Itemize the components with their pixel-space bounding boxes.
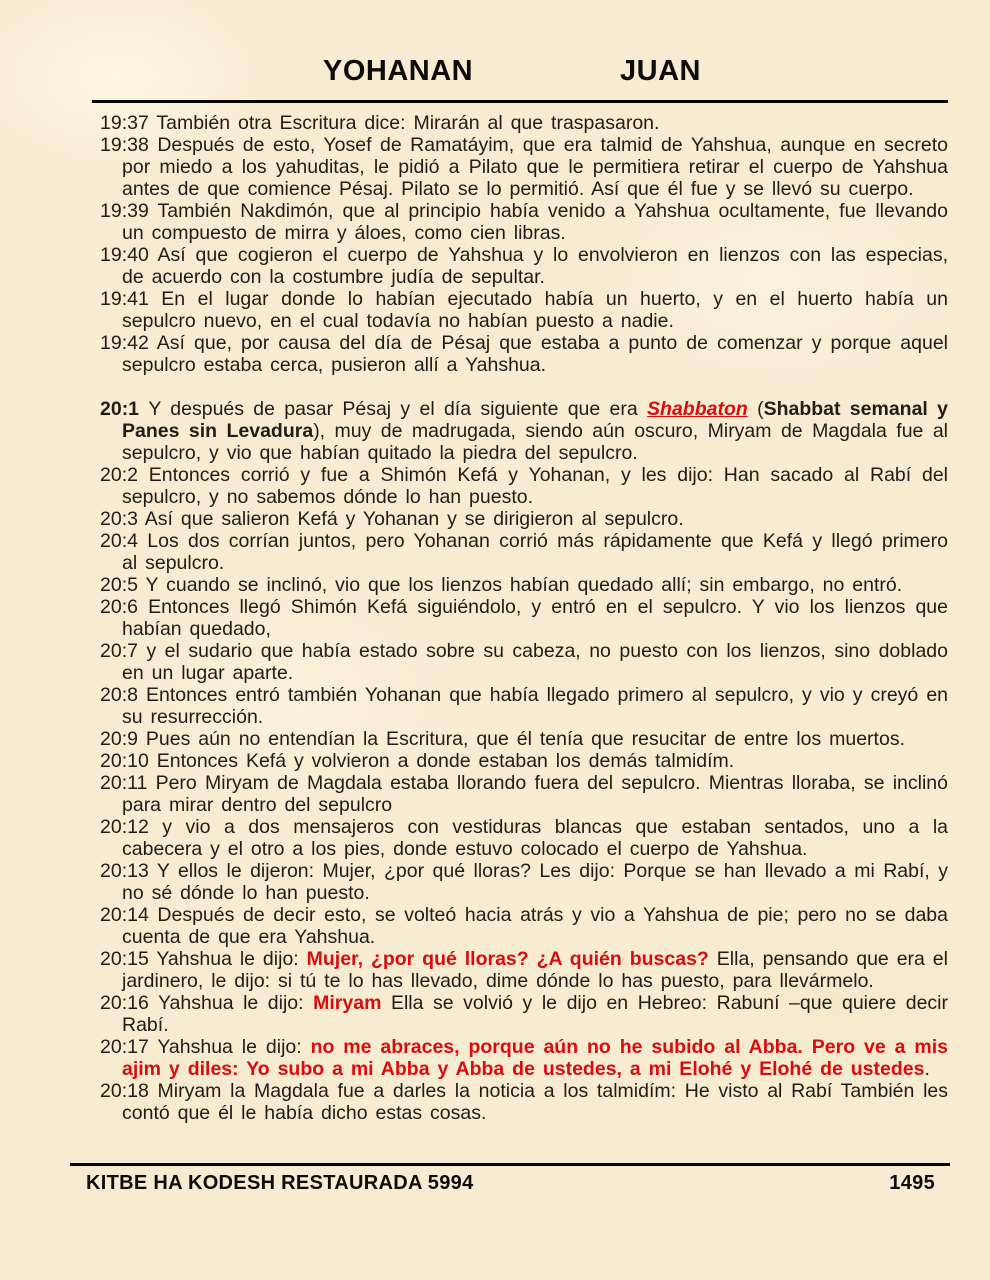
verse-19-37: 19:37 También otra Escritura dice: Mirar… <box>100 112 948 134</box>
verse-number: 20:6 <box>100 596 148 618</box>
verse-20-6: 20:6 Entonces llegó Shimón Kefá siguiénd… <box>100 596 948 640</box>
verse-20-17: 20:17 Yahshua le dijo: no me abraces, po… <box>100 1036 948 1080</box>
verse-19-38: 19:38 Después de esto, Yosef de Ramatáyi… <box>100 134 948 200</box>
verse-text: Pero Miryam de Magdala estaba llorando f… <box>122 772 948 816</box>
verse-text: Después de esto, Yosef de Ramatáyim, que… <box>122 134 948 200</box>
header-title-spanish: JUAN <box>620 55 701 88</box>
verse-text: Y cuando se inclinó, vio que los lienzos… <box>146 574 903 596</box>
verse-20-9: 20:9 Pues aún no entendían la Escritura,… <box>100 728 948 750</box>
verse-number: 19:41 <box>100 288 161 310</box>
verse-text: Miryam la Magdala fue a darles la notici… <box>122 1080 948 1124</box>
verse-20-11: 20:11 Pero Miryam de Magdala estaba llor… <box>100 772 948 816</box>
verse-text: Así que, por causa del día de Pésaj que … <box>122 332 948 376</box>
verse-19-39: 19:39 También Nakdimón, que al principio… <box>100 200 948 244</box>
verse-number: 20:1 <box>100 398 148 420</box>
verse-number: 19:38 <box>100 134 157 156</box>
verse-20-16: 20:16 Yahshua le dijo: Miryam Ella se vo… <box>100 992 948 1036</box>
verse-text: También Nakdimón, que al principio había… <box>122 200 948 244</box>
footer-row: KITBE HA KODESH RESTAURADA 5994 1495 <box>70 1163 950 1195</box>
verse-20-12: 20:12 y vio a dos mensajeros con vestidu… <box>100 816 948 860</box>
verse-20-1: 20:1 Y después de pasar Pésaj y el día s… <box>100 398 948 464</box>
verse-number: 19:42 <box>100 332 157 354</box>
verse-number: 19:37 <box>100 112 156 134</box>
verse-19-41: 19:41 En el lugar donde lo habían ejecut… <box>100 288 948 332</box>
scripture-page: YOHANAN JUAN 19:37 También otra Escritur… <box>0 0 990 1280</box>
verse-text: Los dos corrían juntos, pero Yohanan cor… <box>122 530 948 574</box>
footer-rule <box>70 1163 950 1166</box>
verse-20-7: 20:7 y el sudario que había estado sobre… <box>100 640 948 684</box>
verse-text-shabbaton: Shabbaton <box>647 398 748 420</box>
verse-text: y vio a dos mensajeros con vestiduras bl… <box>122 816 948 860</box>
verse-text: También otra Escritura dice: Mirarán al … <box>156 112 659 134</box>
verse-text: Entonces corrió y fue a Shimón Kefá y Yo… <box>122 464 948 508</box>
verse-text: Y después de pasar Pésaj y el día siguie… <box>148 398 647 420</box>
verse-20-4: 20:4 Los dos corrían juntos, pero Yohana… <box>100 530 948 574</box>
header-rule <box>92 100 948 103</box>
verse-20-14: 20:14 Después de decir esto, se volteó h… <box>100 904 948 948</box>
verse-20-15: 20:15 Yahshua le dijo: Mujer, ¿por qué l… <box>100 948 948 992</box>
verse-text: Yahshua le dijo: <box>157 1036 310 1058</box>
footer-book-title: KITBE HA KODESH RESTAURADA 5994 <box>86 1172 474 1195</box>
verse-text-red: Mujer, ¿por qué lloras? ¿A quién buscas? <box>307 948 709 970</box>
page-header: YOHANAN JUAN <box>0 0 990 110</box>
verse-20-10: 20:10 Entonces Kefá y volvieron a donde … <box>100 750 948 772</box>
verse-text: Así que salieron Kefá y Yohanan y se dir… <box>145 508 684 530</box>
verse-number: 19:39 <box>100 200 158 222</box>
verse-number: 20:8 <box>100 684 146 706</box>
verse-number: 20:7 <box>100 640 146 662</box>
verse-20-8: 20:8 Entonces entró también Yohanan que … <box>100 684 948 728</box>
verse-text: Así que cogieron el cuerpo de Yahshua y … <box>122 244 948 288</box>
verse-text: . <box>924 1058 929 1080</box>
page-footer: KITBE HA KODESH RESTAURADA 5994 1495 <box>70 1163 950 1195</box>
verse-number: 20:15 <box>100 948 156 970</box>
verse-text: Pues aún no entendían la Escritura, que … <box>146 728 905 750</box>
verse-number: 20:5 <box>100 574 146 596</box>
verse-number: 20:2 <box>100 464 149 486</box>
verse-19-42: 19:42 Así que, por causa del día de Pésa… <box>100 332 948 376</box>
verse-20-2: 20:2 Entonces corrió y fue a Shimón Kefá… <box>100 464 948 508</box>
verse-20-13: 20:13 Y ellos le dijeron: Mujer, ¿por qu… <box>100 860 948 904</box>
verse-text: Y ellos le dijeron: Mujer, ¿por qué llor… <box>122 860 948 904</box>
header-title-hebrew: YOHANAN <box>323 55 473 88</box>
verse-text: Después de decir esto, se volteó hacia a… <box>122 904 948 948</box>
verse-number: 20:14 <box>100 904 157 926</box>
verse-text: Yahshua le dijo: <box>158 992 313 1014</box>
verse-number: 19:40 <box>100 244 158 266</box>
verse-number: 20:10 <box>100 750 157 772</box>
verse-number: 20:9 <box>100 728 146 750</box>
verse-number: 20:11 <box>100 772 156 794</box>
verse-text: y el sudario que había estado sobre su c… <box>122 640 948 684</box>
verse-text: Yahshua le dijo: <box>156 948 306 970</box>
verse-text: Entonces entró también Yohanan que había… <box>122 684 948 728</box>
verse-number: 20:18 <box>100 1080 158 1102</box>
verse-19-40: 19:40 Así que cogieron el cuerpo de Yahs… <box>100 244 948 288</box>
verse-number: 20:13 <box>100 860 157 882</box>
verse-list: 19:37 También otra Escritura dice: Mirar… <box>100 112 948 1160</box>
footer-page-number: 1495 <box>889 1172 935 1195</box>
verse-20-3: 20:3 Así que salieron Kefá y Yohanan y s… <box>100 508 948 530</box>
verse-text: ( <box>748 398 764 420</box>
verse-number: 20:17 <box>100 1036 157 1058</box>
verse-text: Entonces Kefá y volvieron a donde estaba… <box>157 750 734 772</box>
verse-number: 20:12 <box>100 816 162 838</box>
verse-number: 20:4 <box>100 530 147 552</box>
verse-number: 20:16 <box>100 992 158 1014</box>
verse-20-5: 20:5 Y cuando se inclinó, vio que los li… <box>100 574 948 596</box>
verse-20-18: 20:18 Miryam la Magdala fue a darles la … <box>100 1080 948 1124</box>
verse-text-red: Miryam <box>313 992 381 1014</box>
verse-text: En el lugar donde lo habían ejecutado ha… <box>122 288 948 332</box>
verse-number: 20:3 <box>100 508 145 530</box>
verse-text: Entonces llegó Shimón Kefá siguiéndolo, … <box>122 596 948 640</box>
